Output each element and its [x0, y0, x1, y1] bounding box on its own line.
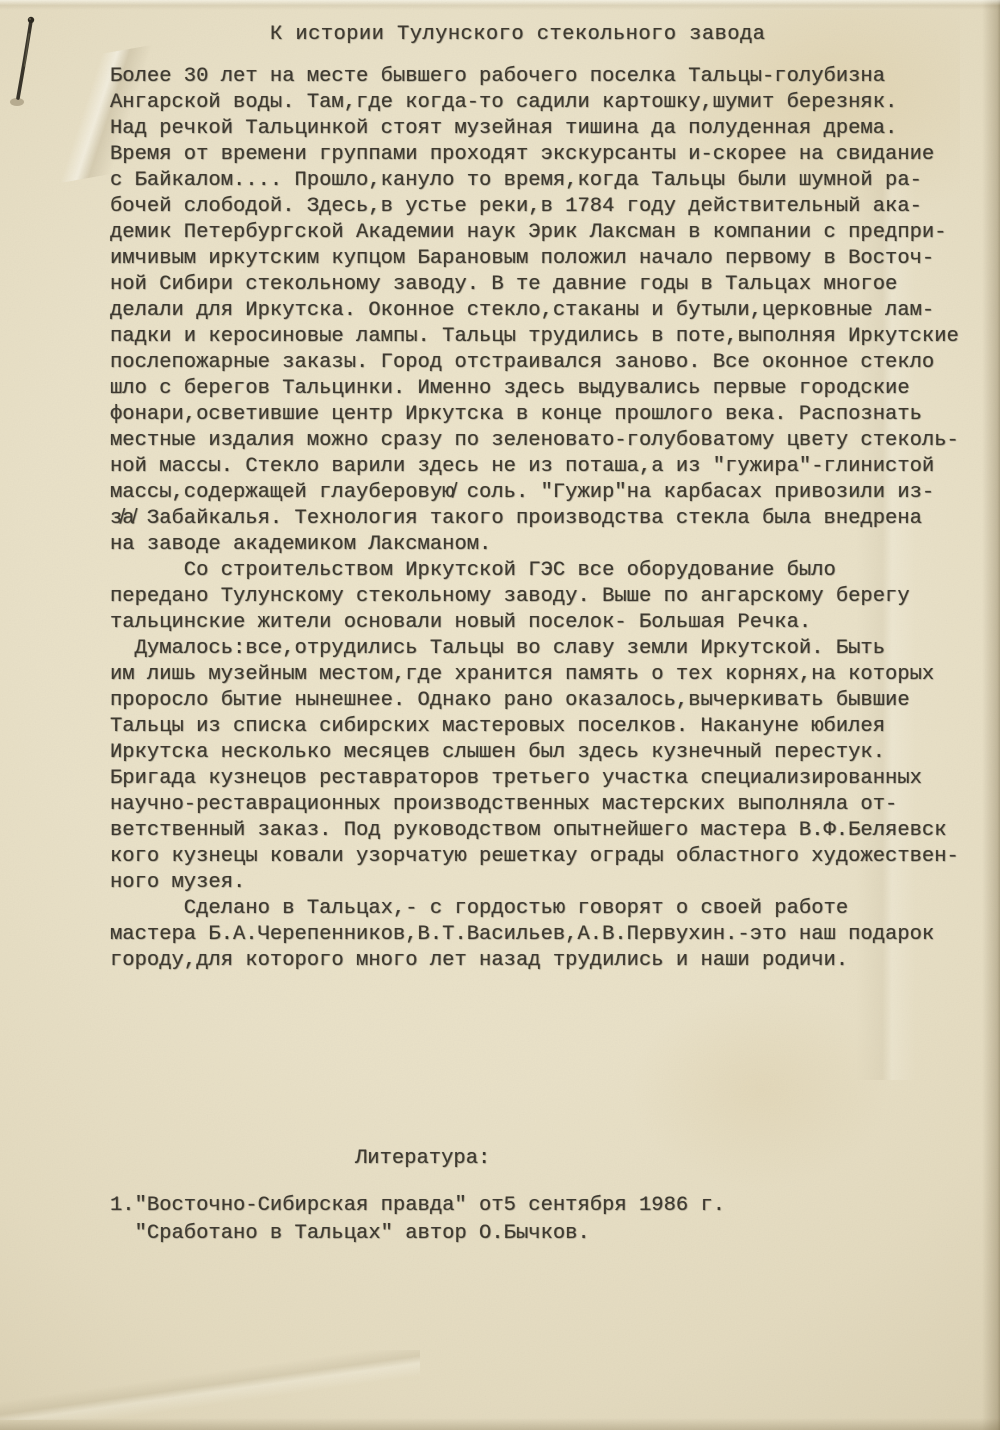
text-line: им лишь музейным местом,где хранится пам…	[110, 662, 1000, 688]
text-line: тальцинские жители основали новый посело…	[110, 610, 1000, 636]
text-line: массы,содержащей глауберовую̸ соль. "Гуж…	[110, 480, 1000, 506]
text-line: з̸а̸ Забайкалья. Технология такого произ…	[110, 506, 1000, 532]
paragraph: Со строительством Иркутской ГЭС все обор…	[110, 558, 1000, 636]
document-body: Более 30 лет на месте бывшего рабочего п…	[110, 64, 1000, 974]
text-line: 1."Восточно-Сибирская правда" от5 сентяб…	[110, 1192, 1000, 1220]
text-line: Думалось:все,отрудились Тальцы во славу …	[110, 636, 1000, 662]
text-line: передано Тулунскому стекольному заводу. …	[110, 584, 1000, 610]
text-line: падки и керосиновые лампы. Тальцы трудил…	[110, 324, 1000, 350]
text-line: городу,для которого много лет назад труд…	[110, 948, 1000, 974]
text-line: Тальцы из списка сибирских мастеровых по…	[110, 714, 1000, 740]
text-line: с Байкалом.... Прошло,кануло то время,ко…	[110, 168, 1000, 194]
text-line: проросло бытие нынешнее. Однако рано ока…	[110, 688, 1000, 714]
text-line: Иркутска несколько месяцев слышен был зд…	[110, 740, 1000, 766]
text-line: мастера Б.А.Черепенников,В.Т.Васильев,А.…	[110, 922, 1000, 948]
text-line: Над речкой Тальцинкой стоят музейная тиш…	[110, 116, 1000, 142]
text-line: научно-реставрационных производственных …	[110, 792, 1000, 818]
document-page: К истории Тулунского стекольного завода …	[0, 0, 1000, 1430]
typewritten-content: К истории Тулунского стекольного завода …	[0, 0, 1000, 1430]
text-line: Ангарской воды. Там,где когда-то садили …	[110, 90, 1000, 116]
paragraph: Более 30 лет на месте бывшего рабочего п…	[110, 64, 1000, 558]
text-line: демик Петербургской Академии наук Эрик Л…	[110, 220, 1000, 246]
text-line: шло с берегов Тальцинки. Именно здесь вы…	[110, 376, 1000, 402]
paragraph: 1."Восточно-Сибирская правда" от5 сентяб…	[110, 1192, 1000, 1220]
text-line: Со строительством Иркутской ГЭС все обор…	[110, 558, 1000, 584]
text-line: Бригада кузнецов реставраторов третьего …	[110, 766, 1000, 792]
paragraph: Сделано в Тальцах,- с гордостью говорят …	[110, 896, 1000, 974]
text-line: Сделано в Тальцах,- с гордостью говорят …	[110, 896, 1000, 922]
text-line: кого кузнецы ковали узорчатую решеткау о…	[110, 844, 1000, 870]
text-line: ветственный заказ. Под руководством опыт…	[110, 818, 1000, 844]
paragraph: "Сработано в Тальцах" автор О.Бычков.	[110, 1220, 1000, 1248]
text-line: местные издалия можно сразу по зеленоват…	[110, 428, 1000, 454]
text-line: фонари,осветившие центр Иркутска в конце…	[110, 402, 1000, 428]
text-line: ной массы. Стекло варили здесь не из пот…	[110, 454, 1000, 480]
text-line: делали для Иркутска. Оконное стекло,стак…	[110, 298, 1000, 324]
text-line: имчивым иркутским купцом Барановым полож…	[110, 246, 1000, 272]
text-line: Время от времени группами проходят экску…	[110, 142, 1000, 168]
text-line: бочей слободой. Здесь,в устье реки,в 178…	[110, 194, 1000, 220]
literature-list: 1."Восточно-Сибирская правда" от5 сентяб…	[110, 1192, 1000, 1248]
page-title: К истории Тулунского стекольного завода	[270, 22, 1000, 48]
text-line: ной Сибири стекольному заводу. В те давн…	[110, 272, 1000, 298]
literature-heading: Литература:	[355, 1146, 1000, 1172]
text-line: Более 30 лет на месте бывшего рабочего п…	[110, 64, 1000, 90]
paragraph: Думалось:все,отрудились Тальцы во славу …	[110, 636, 1000, 896]
text-line: "Сработано в Тальцах" автор О.Бычков.	[110, 1220, 1000, 1248]
text-line: ного музея.	[110, 870, 1000, 896]
text-line: послепожарные заказы. Город отстраивался…	[110, 350, 1000, 376]
text-line: на заводе академиком Лаксманом.	[110, 532, 1000, 558]
